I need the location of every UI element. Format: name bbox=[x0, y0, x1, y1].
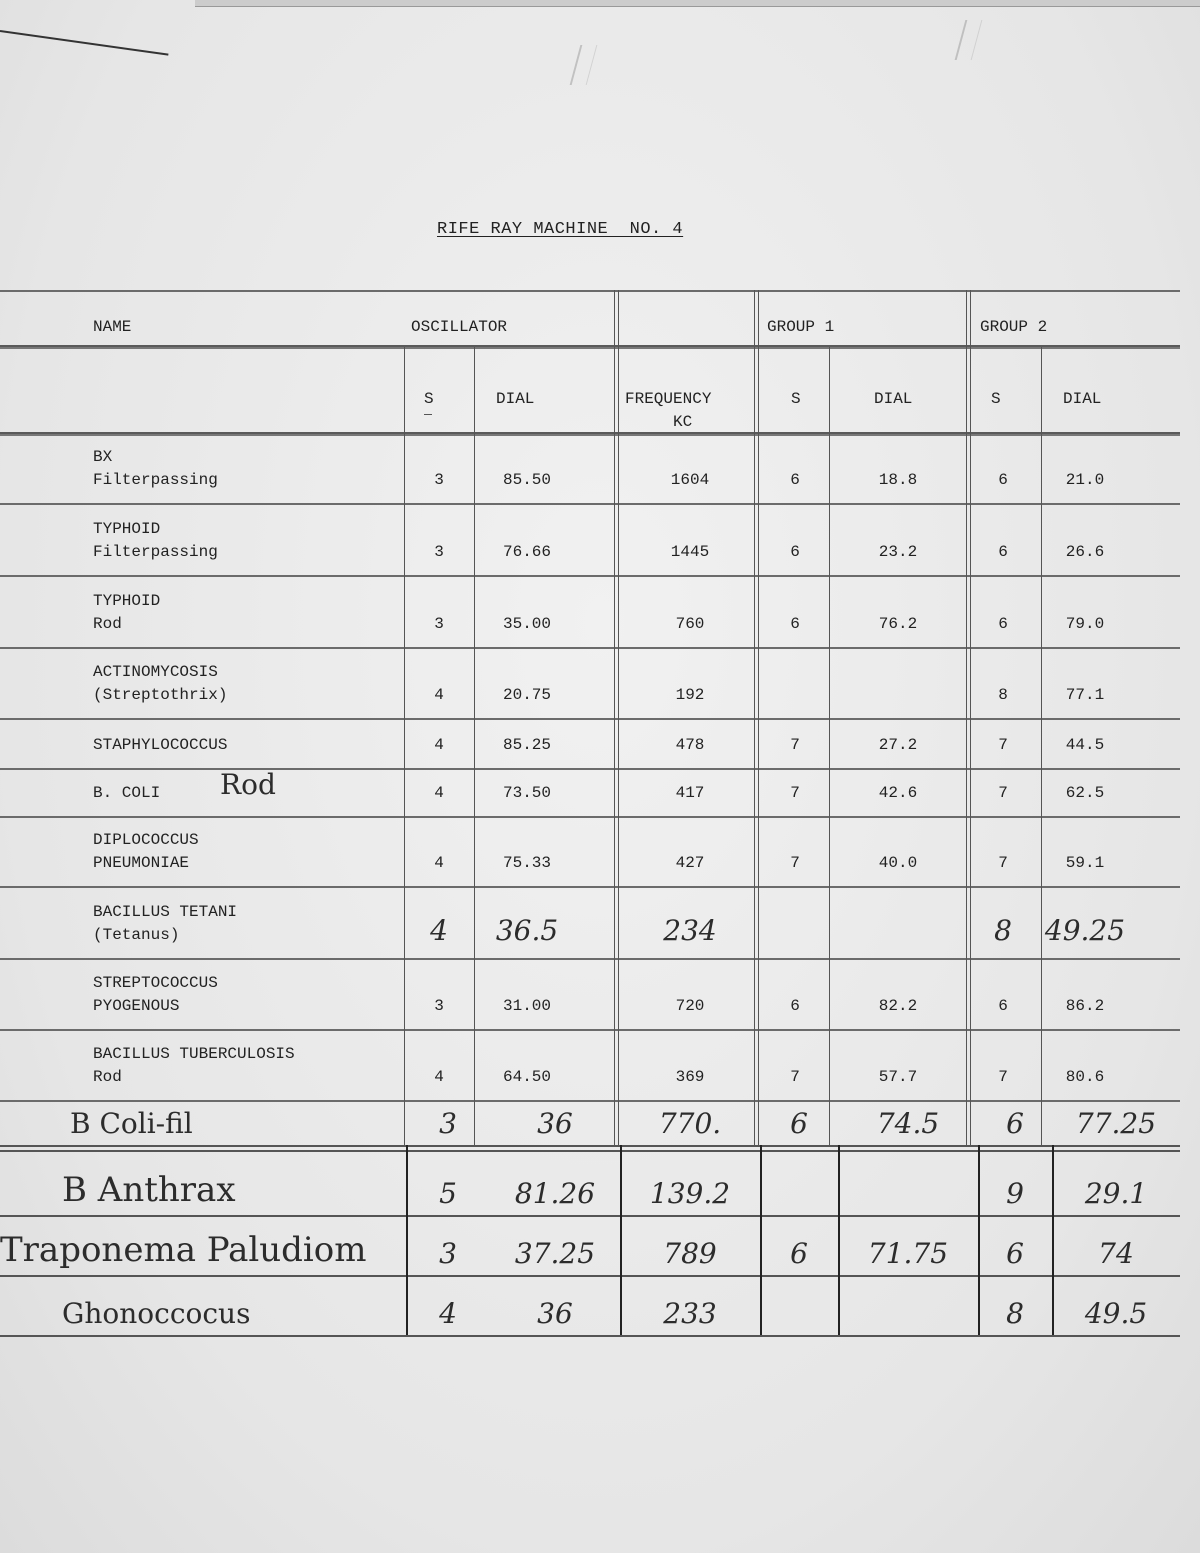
cell-osc-dial: 31.00 bbox=[474, 995, 580, 1018]
handwritten-cell-freq: 139.2 bbox=[620, 1179, 760, 1209]
handwritten-cell-g2-s: 9 bbox=[978, 1179, 1052, 1209]
row-name: B. COLI bbox=[93, 782, 160, 805]
column-divider bbox=[614, 290, 619, 1145]
cell-g2-dial: 26.6 bbox=[1040, 541, 1130, 564]
row-divider bbox=[0, 575, 1180, 577]
cell-g1-dial: 57.7 bbox=[830, 1066, 966, 1089]
cell-osc-s: 3 bbox=[404, 541, 474, 564]
header-bottom-rule bbox=[0, 432, 1180, 436]
cell-g2-dial: 59.1 bbox=[1040, 852, 1130, 875]
handwritten-rule bbox=[0, 1145, 1180, 1147]
header-osc-dial: DIAL bbox=[496, 388, 534, 411]
cell-g1-dial: 23.2 bbox=[830, 541, 966, 564]
header-group-2: GROUP 2 bbox=[980, 316, 1047, 339]
cell-g1-dial: 82.2 bbox=[830, 995, 966, 1018]
header-g2-s: S bbox=[991, 388, 1001, 411]
cell-osc-s: 3 bbox=[404, 469, 474, 492]
handwritten-cell-g1-dial: 71.75 bbox=[838, 1239, 978, 1269]
cell-g2-s: 6 bbox=[966, 995, 1040, 1018]
cell-osc-dial: 73.50 bbox=[474, 782, 580, 805]
cell-g1-dial: 40.0 bbox=[830, 852, 966, 875]
row-name-line1: BACILLUS TUBERCULOSIS bbox=[93, 1043, 295, 1066]
header-g1-s: S bbox=[791, 388, 801, 411]
cell-osc-s: 4 bbox=[404, 916, 474, 946]
header-name: NAME bbox=[93, 316, 131, 339]
row-name: (Tetanus) bbox=[93, 924, 179, 947]
cell-g1-s: 6 bbox=[760, 613, 830, 636]
row-name-line1: BX bbox=[93, 446, 112, 469]
cell-g1-dial: 42.6 bbox=[830, 782, 966, 805]
handwritten-cell-g2-s: 8 bbox=[978, 1299, 1052, 1329]
cell-osc-s: 3 bbox=[404, 995, 474, 1018]
cell-g2-s: 7 bbox=[966, 782, 1040, 805]
cell-g2-dial: 21.0 bbox=[1040, 469, 1130, 492]
handwritten-cell-g2-dial: 29.1 bbox=[1052, 1179, 1180, 1209]
cell-osc-s: 4 bbox=[404, 1066, 474, 1089]
cell-freq: 760 bbox=[620, 613, 760, 636]
cell-osc-s: 4 bbox=[404, 684, 474, 707]
row-divider bbox=[0, 1029, 1180, 1031]
row-name-line1: DIPLOCOCCUS bbox=[93, 829, 199, 852]
cell-g1-s: 7 bbox=[760, 734, 830, 757]
cell-osc-s: 4 bbox=[404, 852, 474, 875]
handwritten-name: Ghonoccocus bbox=[62, 1299, 250, 1329]
handwritten-cell-g1-s: 6 bbox=[760, 1109, 838, 1139]
row-name: Rod bbox=[93, 1066, 122, 1089]
cell-osc-s: 3 bbox=[404, 613, 474, 636]
cell-g2-s: 7 bbox=[966, 734, 1040, 757]
cell-g1-s: 6 bbox=[760, 469, 830, 492]
cell-freq: 1445 bbox=[620, 541, 760, 564]
cell-g2-dial: 77.1 bbox=[1040, 684, 1130, 707]
handwritten-cell-g2-dial: 49.5 bbox=[1052, 1299, 1180, 1329]
handwritten-rule bbox=[0, 1150, 1180, 1152]
row-name-line1: STREPTOCOCCUS bbox=[93, 972, 218, 995]
handwritten-cell-osc-dial: 36 bbox=[490, 1109, 620, 1139]
cell-osc-dial: 35.00 bbox=[474, 613, 580, 636]
header-oscillator: OSCILLATOR bbox=[411, 316, 507, 339]
row-divider bbox=[0, 768, 1180, 770]
handwritten-cell-osc-dial: 37.25 bbox=[490, 1239, 620, 1269]
cell-osc-dial: 85.50 bbox=[474, 469, 580, 492]
cell-g2-dial: 44.5 bbox=[1040, 734, 1130, 757]
handwritten-name: B Anthrax bbox=[62, 1175, 236, 1205]
handwritten-rule bbox=[0, 1335, 1180, 1337]
handwritten-cell-g1-s: 6 bbox=[760, 1239, 838, 1269]
handwritten-cell-g2-s: 6 bbox=[978, 1239, 1052, 1269]
handwritten-cell-osc-s: 4 bbox=[406, 1299, 490, 1329]
handwritten-cell-g1-dial: 74.5 bbox=[838, 1109, 978, 1139]
cell-osc-dial: 75.33 bbox=[474, 852, 580, 875]
header-divider-rule bbox=[0, 345, 1180, 349]
cell-osc-s: 4 bbox=[404, 782, 474, 805]
cell-g1-dial: 27.2 bbox=[830, 734, 966, 757]
row-name-line1: ACTINOMYCOSIS bbox=[93, 661, 218, 684]
row-divider bbox=[0, 958, 1180, 960]
cell-g2-s: 6 bbox=[966, 541, 1040, 564]
cell-osc-dial: 76.66 bbox=[474, 541, 580, 564]
handwritten-cell-osc-s: 3 bbox=[406, 1109, 490, 1139]
handwritten-cell-g2-dial: 77.25 bbox=[1052, 1109, 1180, 1139]
header-frequency: FREQUENCY bbox=[625, 388, 711, 411]
row-name-line1: BACILLUS TETANI bbox=[93, 901, 237, 924]
handwritten-cell-freq: 770. bbox=[620, 1109, 760, 1139]
cell-g2-dial: 86.2 bbox=[1040, 995, 1130, 1018]
cell-freq: 478 bbox=[620, 734, 760, 757]
cell-g1-s: 6 bbox=[760, 995, 830, 1018]
handwritten-cell-freq: 789 bbox=[620, 1239, 760, 1269]
handwritten-cell-g2-s: 6 bbox=[978, 1109, 1052, 1139]
paper-top-edge bbox=[195, 0, 1200, 7]
row-divider bbox=[0, 1100, 1180, 1102]
cell-freq: 720 bbox=[620, 995, 760, 1018]
cell-g1-s: 6 bbox=[760, 541, 830, 564]
handwritten-name: Traponema Paludiom bbox=[0, 1235, 367, 1265]
handwritten-cell-osc-s: 3 bbox=[406, 1239, 490, 1269]
cell-g2-dial: 80.6 bbox=[1040, 1066, 1130, 1089]
cell-g1-dial: 76.2 bbox=[830, 613, 966, 636]
row-name: Filterpassing bbox=[93, 541, 218, 564]
handwritten-annotation: Rod bbox=[220, 770, 276, 800]
row-name: STAPHYLOCOCCUS bbox=[93, 734, 227, 757]
header-frequency-unit: KC bbox=[673, 411, 692, 434]
handwritten-rule bbox=[0, 1215, 1180, 1217]
cell-freq: 1604 bbox=[620, 469, 760, 492]
header-g1-dial: DIAL bbox=[874, 388, 912, 411]
handwritten-cell-osc-s: 5 bbox=[406, 1179, 490, 1209]
cell-osc-dial: 64.50 bbox=[474, 1066, 580, 1089]
header-osc-s: S bbox=[424, 388, 434, 411]
cell-g2-s: 8 bbox=[966, 684, 1040, 707]
handwritten-name: B Coli-fil bbox=[70, 1109, 193, 1139]
cell-g1-dial: 18.8 bbox=[830, 469, 966, 492]
row-divider bbox=[0, 647, 1180, 649]
cell-g1-s: 7 bbox=[760, 782, 830, 805]
cell-freq: 417 bbox=[620, 782, 760, 805]
handwritten-rule bbox=[0, 1275, 1180, 1277]
row-name: PNEUMONIAE bbox=[93, 852, 189, 875]
header-g2-dial: DIAL bbox=[1063, 388, 1101, 411]
row-divider bbox=[0, 503, 1180, 505]
cell-osc-dial: 36.5 bbox=[474, 916, 580, 946]
row-divider bbox=[0, 718, 1180, 720]
row-name: Rod bbox=[93, 613, 122, 636]
cell-osc-s: 4 bbox=[404, 734, 474, 757]
row-name-line1: TYPHOID bbox=[93, 590, 160, 613]
header-s-underline bbox=[424, 414, 432, 415]
cell-g2-s: 7 bbox=[966, 852, 1040, 875]
cell-freq: 427 bbox=[620, 852, 760, 875]
cell-g1-s: 7 bbox=[760, 852, 830, 875]
document-title: RIFE RAY MACHINE NO. 4 bbox=[437, 220, 683, 239]
row-name: PYOGENOUS bbox=[93, 995, 179, 1018]
handwritten-cell-osc-dial: 36 bbox=[490, 1299, 620, 1329]
handwritten-cell-g2-dial: 74 bbox=[1052, 1239, 1180, 1269]
cell-g2-dial: 79.0 bbox=[1040, 613, 1130, 636]
cell-freq: 234 bbox=[620, 916, 760, 946]
table-top-rule bbox=[0, 290, 1180, 292]
cell-g1-s: 7 bbox=[760, 1066, 830, 1089]
row-name: Filterpassing bbox=[93, 469, 218, 492]
cell-g2-dial: 49.25 bbox=[1040, 916, 1130, 946]
cell-osc-dial: 20.75 bbox=[474, 684, 580, 707]
cell-g2-s: 6 bbox=[966, 469, 1040, 492]
row-name: (Streptothrix) bbox=[93, 684, 227, 707]
cell-freq: 369 bbox=[620, 1066, 760, 1089]
cell-osc-dial: 85.25 bbox=[474, 734, 580, 757]
cell-g2-s: 7 bbox=[966, 1066, 1040, 1089]
cell-g2-s: 6 bbox=[966, 613, 1040, 636]
row-divider bbox=[0, 816, 1180, 818]
row-name-line1: TYPHOID bbox=[93, 518, 160, 541]
cell-g2-s: 8 bbox=[966, 916, 1040, 946]
header-group-1: GROUP 1 bbox=[767, 316, 834, 339]
handwritten-cell-osc-dial: 81.26 bbox=[490, 1179, 620, 1209]
handwritten-cell-freq: 233 bbox=[620, 1299, 760, 1329]
row-divider bbox=[0, 886, 1180, 888]
cell-g2-dial: 62.5 bbox=[1040, 782, 1130, 805]
cell-freq: 192 bbox=[620, 684, 760, 707]
